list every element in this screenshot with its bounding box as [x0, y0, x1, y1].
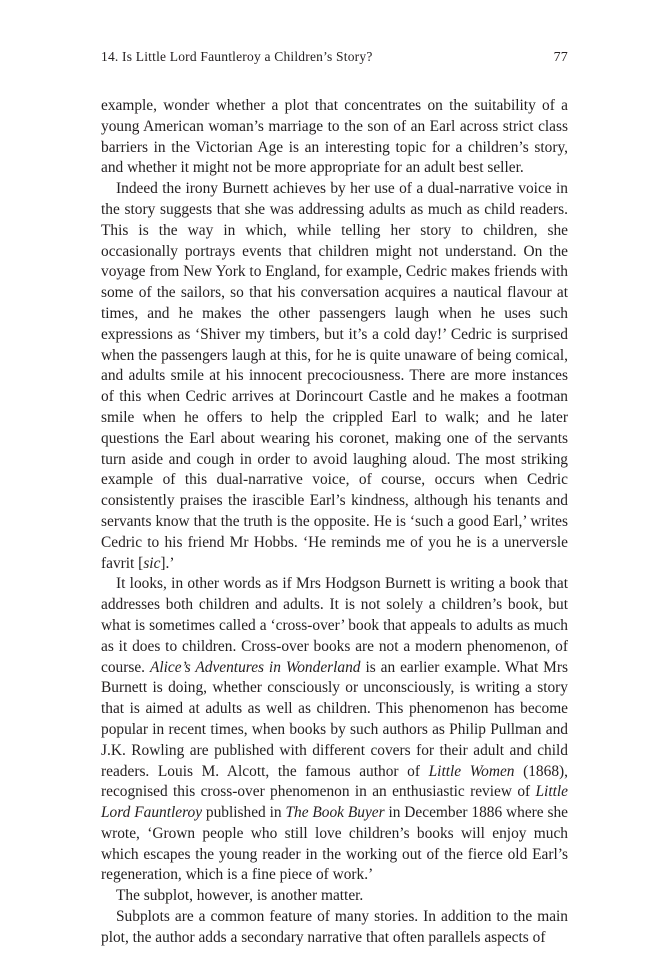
body-text: example, wonder whether a plot that conc…: [101, 97, 568, 176]
body-text: is an earlier example. What Mrs Burnett …: [101, 659, 568, 780]
paragraph: It looks, in other words as if Mrs Hodgs…: [101, 574, 568, 886]
body-text: Indeed the irony Burnett achieves by her…: [101, 180, 568, 571]
italic-text: sic: [143, 555, 160, 572]
body-text: ].’: [160, 555, 174, 572]
italic-text: Alice’s Adventures in Wonderland: [150, 659, 361, 676]
running-header-title: 14. Is Little Lord Fauntleroy a Children…: [101, 48, 373, 65]
body-text: Subplots are a common feature of many st…: [101, 908, 568, 946]
paragraph: The subplot, however, is another matter.: [101, 886, 568, 907]
paragraph: Indeed the irony Burnett achieves by her…: [101, 179, 568, 574]
italic-text: Little Women: [429, 763, 515, 780]
paragraph: Subplots are a common feature of many st…: [101, 907, 568, 949]
book-page: 14. Is Little Lord Fauntleroy a Children…: [0, 0, 650, 976]
page-number: 77: [554, 49, 568, 66]
italic-text: The Book Buyer: [285, 804, 384, 821]
body-text: published in: [202, 804, 285, 821]
paragraph: example, wonder whether a plot that conc…: [101, 96, 568, 179]
running-header: 14. Is Little Lord Fauntleroy a Children…: [101, 48, 568, 66]
body-text-block: example, wonder whether a plot that conc…: [101, 96, 568, 949]
body-text: The subplot, however, is another matter.: [116, 887, 363, 904]
